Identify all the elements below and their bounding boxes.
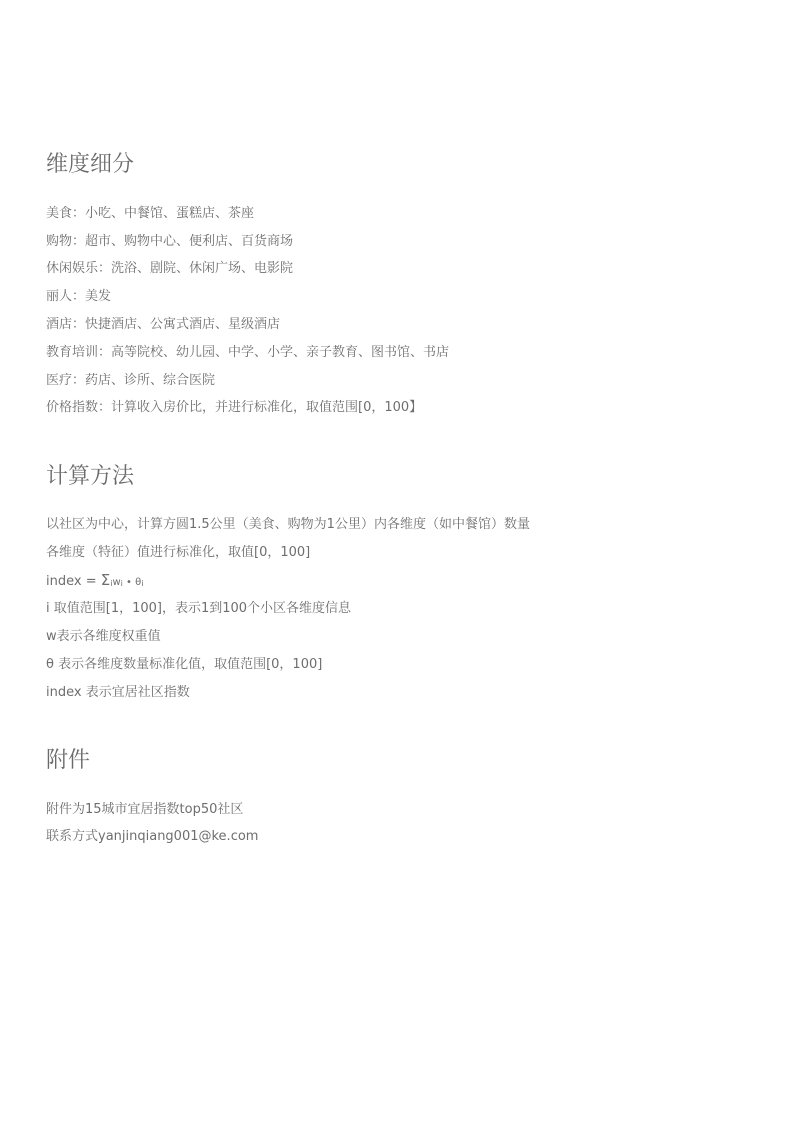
dimension-shopping: 购物：超市、购物中心、便利店、百货商场 — [46, 233, 293, 251]
dimension-education: 教育培训：高等院校、幼儿园、中学、小学、亲子教育、图书馆、书店 — [46, 344, 449, 362]
note-w-weight: w表示各维度权重值 — [46, 628, 161, 646]
dimension-food: 美食：小吃、中餐馆、蛋糕店、茶座 — [46, 205, 254, 223]
method-line-radius: 以社区为中心，计算方圆1.5公里（美食、购物为1公里）内各维度（如中餐馆）数量 — [46, 516, 530, 534]
method-line-normalize: 各维度（特征）值进行标准化，取值[0，100] — [46, 544, 310, 562]
note-theta: θ 表示各维度数量标准化值，取值范围[0，100] — [46, 656, 322, 674]
section-title-attachment: 附件 — [46, 747, 90, 775]
formula-theta-sub-i: i — [141, 579, 143, 588]
formula-dot: • — [123, 577, 135, 588]
note-index: index 表示宜居社区指数 — [46, 684, 190, 702]
formula-lhs: index = — [46, 574, 101, 589]
sigma-symbol: Σ — [101, 571, 110, 589]
dimension-hotel: 酒店：快捷酒店、公寓式酒店、星级酒店 — [46, 316, 280, 334]
formula-w: w — [112, 577, 120, 588]
note-i-range: i 取值范围[1，100]，表示1到100个小区各维度信息 — [46, 600, 351, 618]
contact-info: 联系方式yanjinqiang001@ke.com — [46, 828, 258, 846]
index-formula: index = Σiwi • θi — [46, 571, 144, 593]
dimension-beauty: 丽人：美发 — [46, 288, 111, 306]
attachment-description: 附件为15城市宜居指数top50社区 — [46, 801, 243, 819]
section-title-method: 计算方法 — [46, 463, 134, 491]
dimension-price-index: 价格指数：计算收入房价比，并进行标准化，取值范围[0，100】 — [46, 399, 422, 417]
section-title-dimensions: 维度细分 — [46, 151, 134, 179]
dimension-medical: 医疗：药店、诊所、综合医院 — [46, 372, 215, 390]
dimension-leisure: 休闲娱乐：洗浴、剧院、休闲广场、电影院 — [46, 260, 293, 278]
